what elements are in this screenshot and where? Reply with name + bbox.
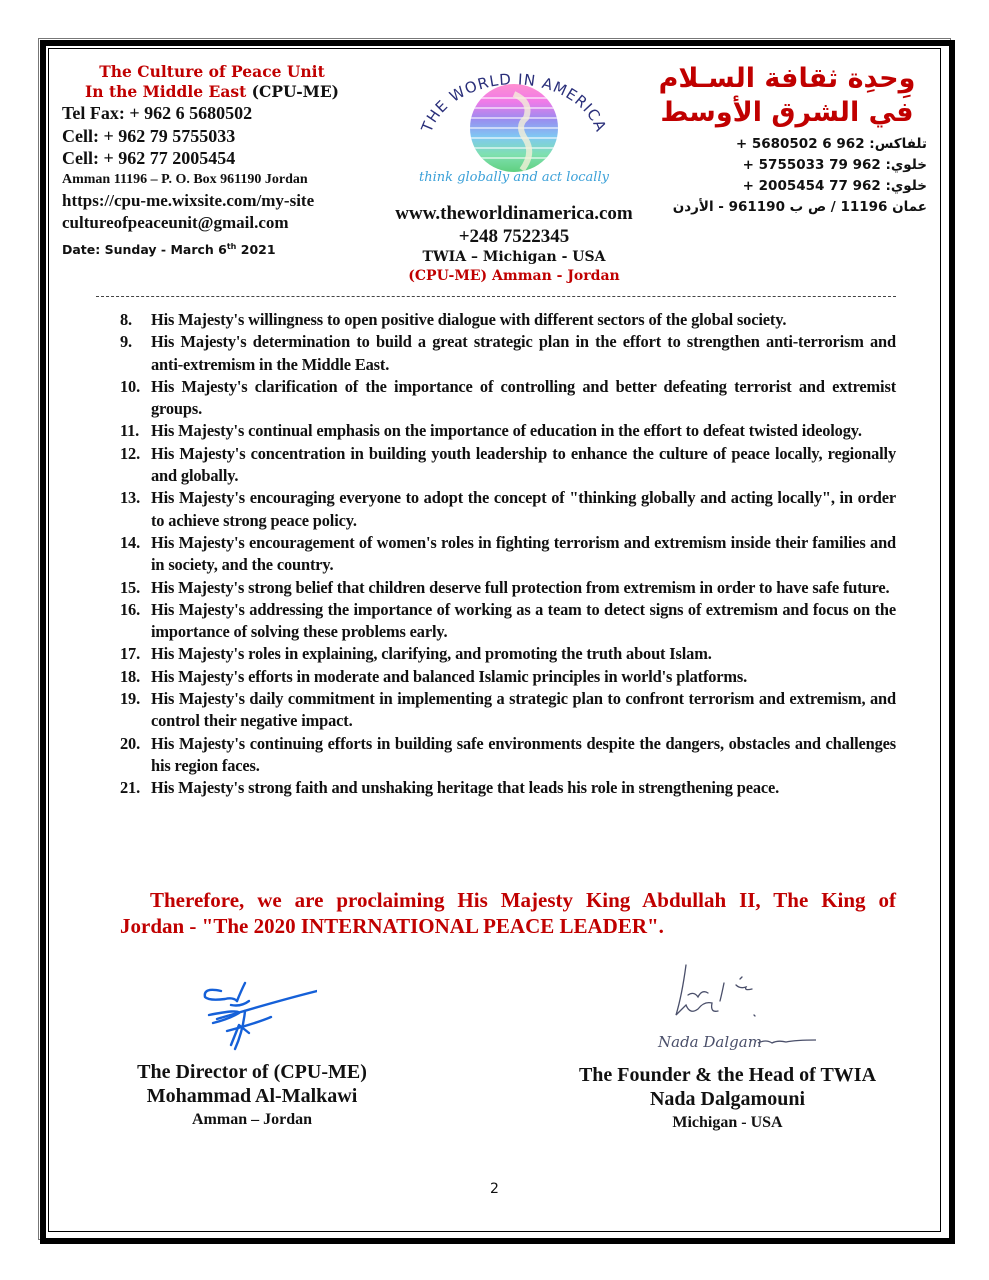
proclamation-line1: Therefore, we are proclaiming His Majest… [120,887,896,913]
list-item: 8.His Majesty's willingness to open posi… [120,309,896,331]
email-link[interactable]: cultureofpeaceunit@gmail.com [62,212,362,235]
list-item: 16.His Majesty's addressing the importan… [120,599,896,644]
list-item-number: 19. [120,688,140,710]
director-role: The Director of (CPU-ME) [112,1060,392,1084]
twia-location: TWIA – Michigan - USA [378,248,650,267]
letterhead-center: THE WORLD IN AMERICA think globally and … [378,52,650,286]
org-title-line2: In the Middle East [85,82,246,101]
list-item: 19.His Majesty's daily commitment in imp… [120,688,896,733]
letterhead-right-arabic: وِحدِة ثقافة السـلام في الشرق الأوسط تلف… [647,62,927,218]
proclamation: Therefore, we are proclaiming His Majest… [120,887,896,939]
svg-text:Nada Dalgam: Nada Dalgam [657,1033,762,1051]
letterhead-left: The Culture of Peace Unit In the Middle … [62,62,362,260]
list-item-text: His Majesty's concentration in building … [151,444,896,485]
list-item-text: His Majesty's roles in explaining, clari… [151,644,712,663]
page-number: 2 [0,1181,989,1197]
list-item-text: His Majesty's encouraging everyone to ad… [151,488,896,529]
list-item: 14.His Majesty's encouragement of women'… [120,532,896,577]
founder-location: Michigan - USA [550,1111,905,1135]
list-item: 17.His Majesty's roles in explaining, cl… [120,643,896,665]
founder-role: The Founder & the Head of TWIA [550,1063,905,1087]
list-item-number: 14. [120,532,140,554]
date-ordinal: th [227,242,237,251]
date-text: Date: Sunday - March 6 [62,242,227,257]
tel-fax: Tel Fax: + 962 6 5680502 [62,102,362,125]
arabic-cell-1: خلوي: 962 79 5755033 + [647,155,927,176]
list-item-number: 20. [120,733,140,755]
arabic-title-line1: وِحدِة ثقافة السـلام [647,62,927,96]
list-item: 18.His Majesty's efforts in moderate and… [120,666,896,688]
list-item-number: 15. [120,577,140,599]
director-name: Mohammad Al-Malkawi [112,1084,392,1108]
list-item-number: 16. [120,599,140,621]
signature-founder-icon: Nada Dalgam [628,955,828,1063]
list-item-text: His Majesty's daily commitment in implem… [151,689,896,730]
list-item-text: His Majesty's willingness to open positi… [151,310,786,329]
list-item: 13.His Majesty's encouraging everyone to… [120,487,896,532]
proclamation-line2: Jordan - "The 2020 INTERNATIONAL PEACE L… [120,913,896,939]
list-item-number: 11. [120,420,139,442]
list-item-text: His Majesty's strong faith and unshaking… [151,778,779,797]
signature-block-founder: Nada Dalgam The Founder & the Head of TW… [550,955,905,1135]
signature-director-icon [187,975,317,1060]
list-item-number: 18. [120,666,140,688]
org-title: The Culture of Peace Unit In the Middle … [62,62,362,102]
twia-website-link[interactable]: www.theworldinamerica.com [378,202,650,225]
list-item-text: His Majesty's determination to build a g… [151,332,896,373]
founder-name: Nada Dalgamouni [550,1087,905,1111]
list-item-text: His Majesty's continuing efforts in buil… [151,734,896,775]
org-title-line1: The Culture of Peace Unit [62,62,362,82]
list-item: 20.His Majesty's continuing efforts in b… [120,733,896,778]
arabic-tel-fax: تلفاكس: 962 6 5680502 + [647,134,927,155]
list-item-text: His Majesty's strong belief that childre… [151,578,889,597]
cell-1: Cell: + 962 79 5755033 [62,125,362,148]
list-item: 9.His Majesty's determination to build a… [120,331,896,376]
list-item-text: His Majesty's addressing the importance … [151,600,896,641]
header-divider [96,296,896,297]
list-item-number: 12. [120,443,140,465]
cell-2: Cell: + 962 77 2005454 [62,147,362,170]
list-item-number: 9. [120,331,132,353]
list-item: 11.His Majesty's continual emphasis on t… [120,420,896,442]
list-item-text: His Majesty's efforts in moderate and ba… [151,667,747,686]
date-year: 2021 [236,242,275,257]
arabic-address: عمان 11196 / ص ب 961190 - الأردن [647,197,927,218]
list-item: 15.His Majesty's strong belief that chil… [120,577,896,599]
director-location: Amman – Jordan [112,1108,392,1132]
website-link[interactable]: https://cpu-me.wixsite.com/my-site [62,190,362,213]
list-item-number: 21. [120,777,140,799]
org-abbr: (CPU-ME) [252,82,339,101]
accomplishments-list: 8.His Majesty's willingness to open posi… [120,309,896,800]
list-item: 12.His Majesty's concentration in buildi… [120,443,896,488]
list-item: 10.His Majesty's clarification of the im… [120,376,896,421]
list-item-number: 17. [120,643,140,665]
list-item-number: 13. [120,487,140,509]
document-date: Date: Sunday - March 6th 2021 [62,237,362,260]
postal-address: Amman 11196 – P. O. Box 961190 Jordan [62,170,362,190]
tagline: think globally and act locally [404,170,624,185]
list-item-text: His Majesty's clarification of the impor… [151,377,896,418]
list-item-number: 8. [120,309,132,331]
twia-logo: THE WORLD IN AMERICA think globally and … [404,52,624,202]
arabic-title-line2: في الشرق الأوسط [647,96,927,130]
signature-block-director: The Director of (CPU-ME) Mohammad Al-Mal… [112,975,392,1132]
list-item: 21.His Majesty's strong faith and unshak… [120,777,896,799]
cpu-location: (CPU-ME) Amman - Jordan [378,267,650,286]
list-item-number: 10. [120,376,140,398]
list-item-text: His Majesty's continual emphasis on the … [151,421,862,440]
arabic-cell-2: خلوي: 962 77 2005454 + [647,176,927,197]
list-item-text: His Majesty's encouragement of women's r… [151,533,896,574]
twia-phone: +248 7522345 [378,225,650,248]
